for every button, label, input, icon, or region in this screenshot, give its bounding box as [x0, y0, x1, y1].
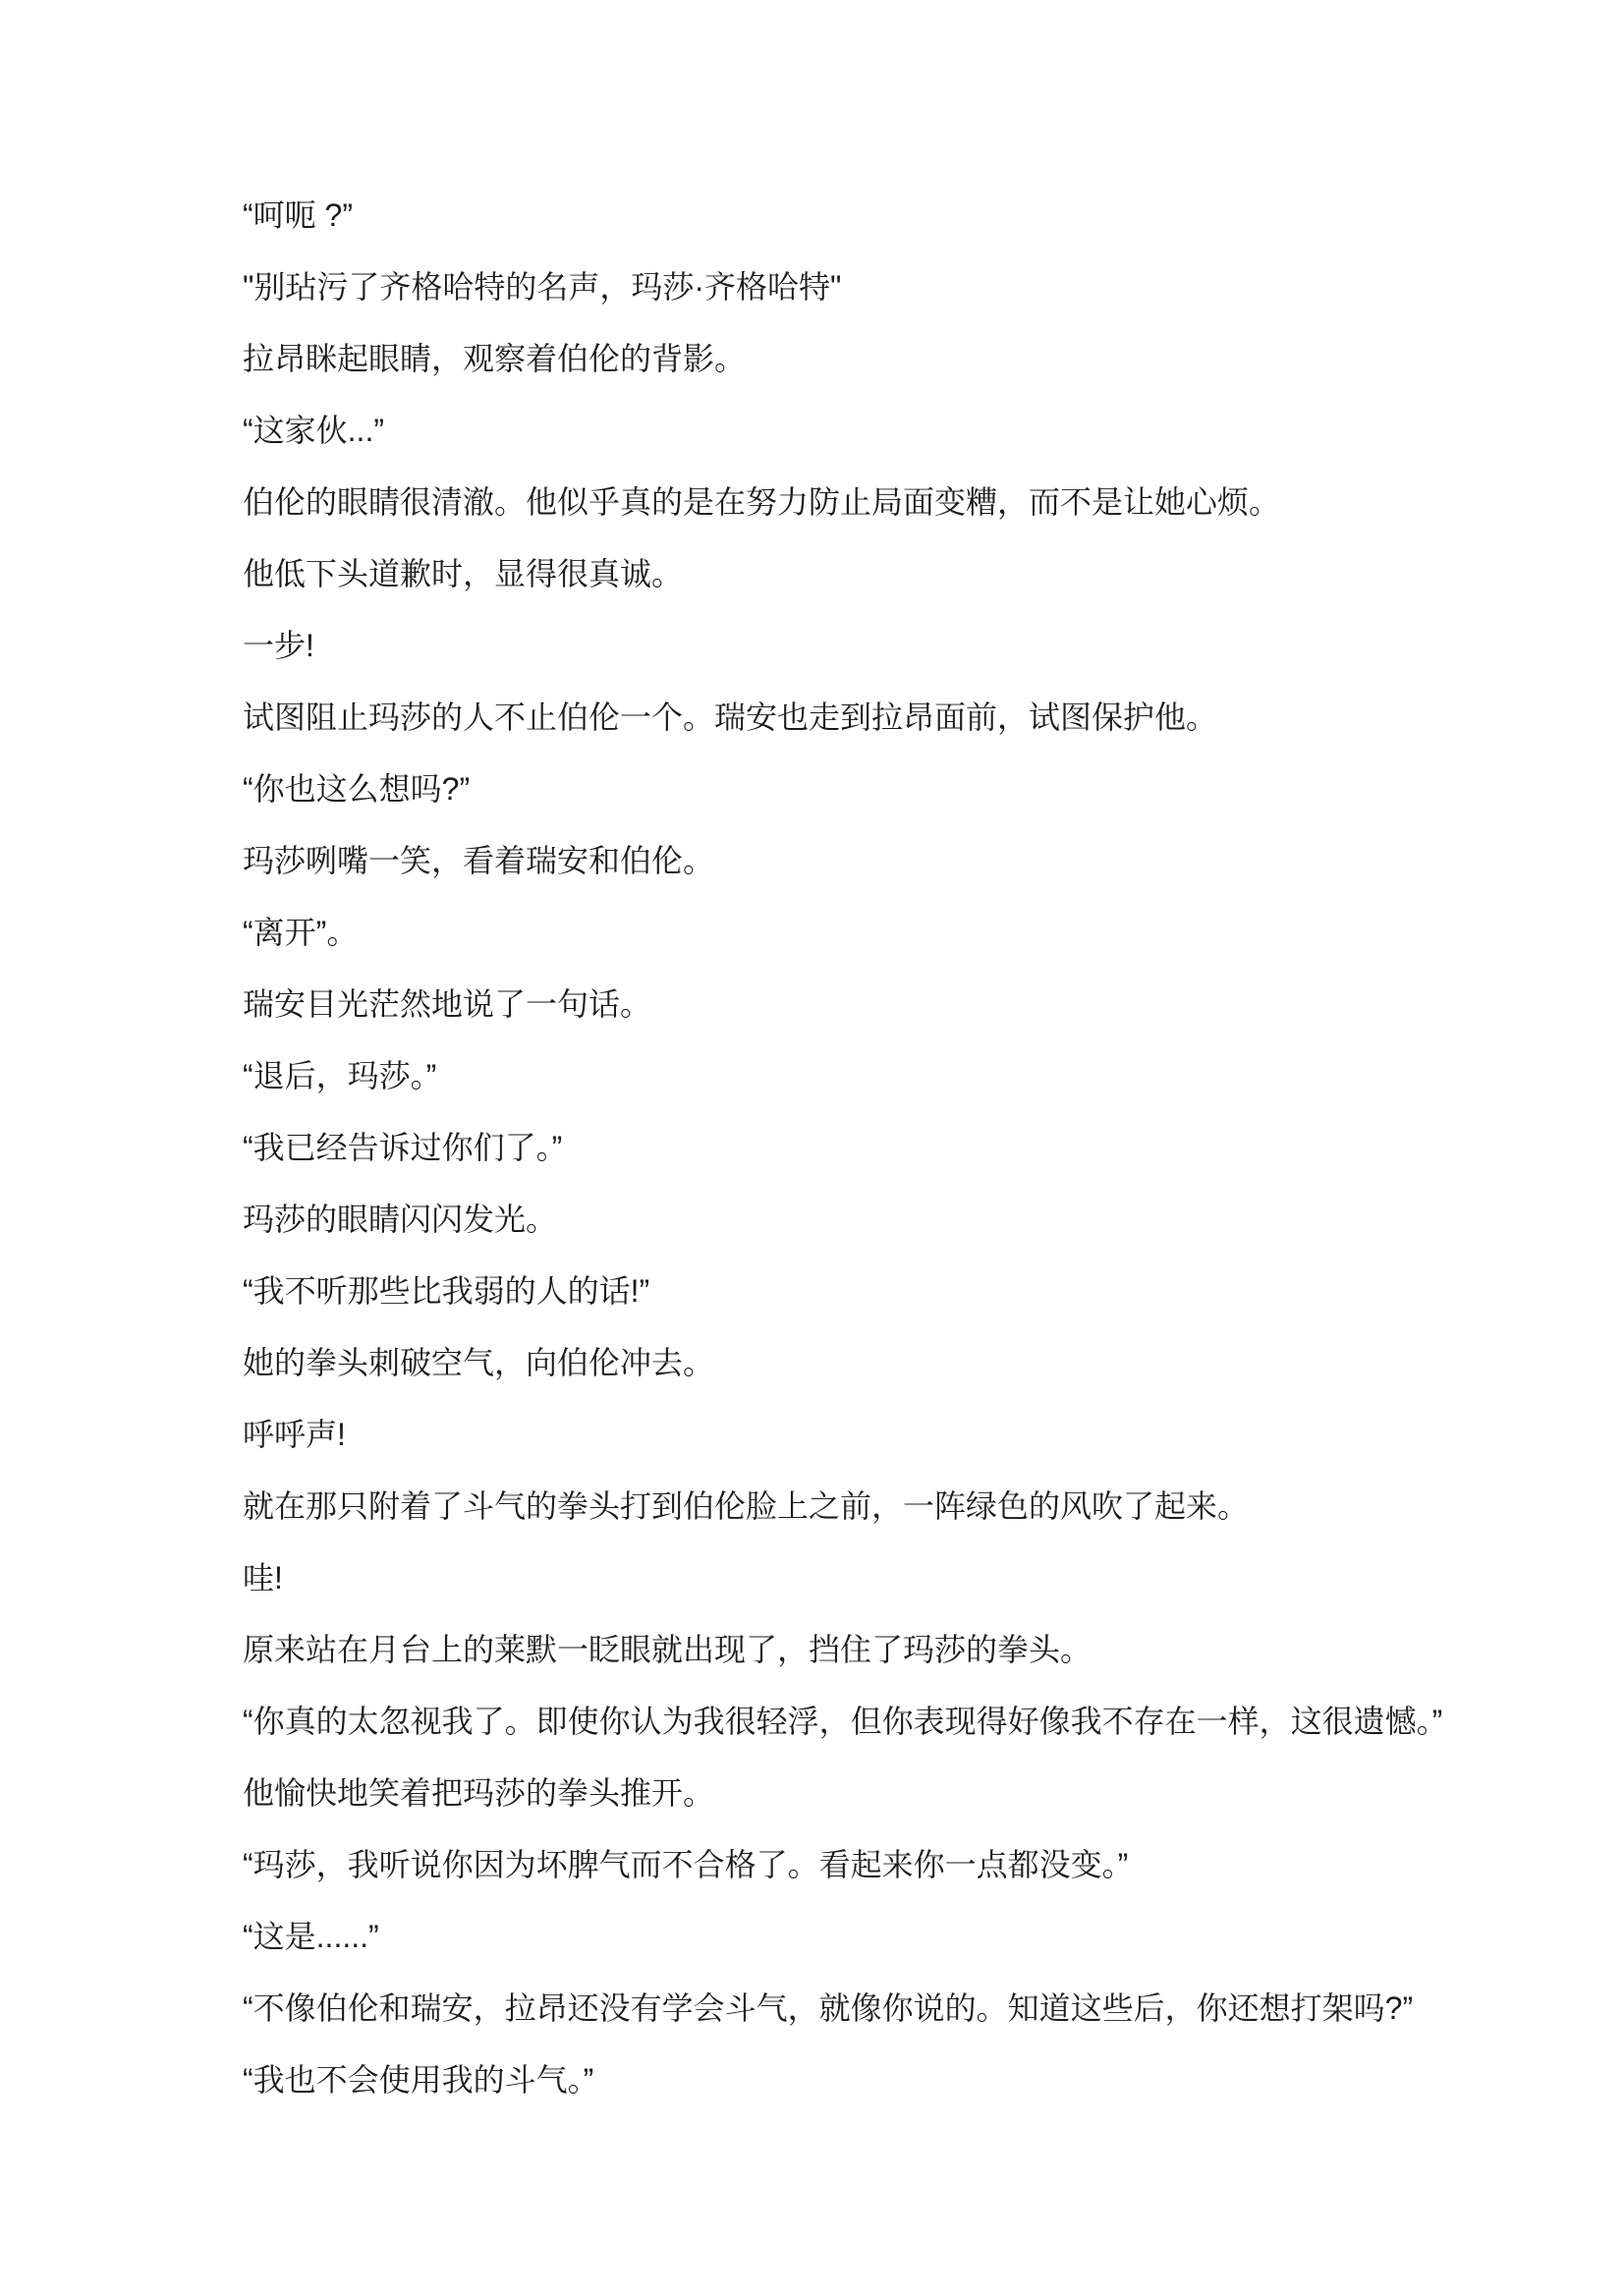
paragraph: “玛莎，我听说你因为坏脾气而不合格了。看起来你一点都没变。”: [243, 1845, 1506, 1884]
document-page: “呵呃 ?” "别玷污了齐格哈特的名声，玛莎·齐格哈特" 拉昂眯起眼睛，观察着伯…: [0, 0, 1624, 2296]
paragraph: 瑞安目光茫然地说了一句话。: [243, 984, 1506, 1024]
paragraph: “我不听那些比我弱的人的话!”: [243, 1271, 1506, 1311]
paragraph: “离开”。: [243, 913, 1506, 952]
paragraph: “不像伯伦和瑞安，拉昂还没有学会斗气，就像你说的。知道这些后，你还想打架吗?”: [243, 1988, 1506, 2028]
paragraph: “呵呃 ?”: [243, 196, 1506, 235]
paragraph: 拉昂眯起眼睛，观察着伯伦的背影。: [243, 339, 1506, 378]
paragraph: “这是......”: [243, 1917, 1506, 1956]
paragraph: “你也这么想吗?”: [243, 769, 1506, 809]
paragraph: 她的拳头刺破空气，向伯伦冲去。: [243, 1343, 1506, 1382]
paragraph: 就在那只附着了斗气的拳头打到伯伦脸上之前，一阵绿色的风吹了起来。: [243, 1486, 1506, 1526]
paragraph: 原来站在月台上的莱默一眨眼就出现了，挡住了玛莎的拳头。: [243, 1630, 1506, 1669]
paragraph: 伯伦的眼睛很清澈。他似乎真的是在努力防止局面变糟，而不是让她心烦。: [243, 482, 1506, 522]
paragraph: “你真的太忽视我了。即使你认为我很轻浮，但你表现得好像我不存在一样，这很遗憾。”: [243, 1702, 1506, 1741]
paragraph: 试图阻止玛莎的人不止伯伦一个。瑞安也走到拉昂面前，试图保护他。: [243, 698, 1506, 737]
paragraph: 一步!: [243, 626, 1506, 665]
paragraph: “退后，玛莎。”: [243, 1056, 1506, 1095]
paragraph: “我也不会使用我的斗气。”: [243, 2060, 1506, 2100]
paragraph-list: “呵呃 ?” "别玷污了齐格哈特的名声，玛莎·齐格哈特" 拉昂眯起眼睛，观察着伯…: [243, 196, 1506, 2132]
paragraph: “我已经告诉过你们了。”: [243, 1128, 1506, 1167]
paragraph: 他低下头道歉时，显得很真诚。: [243, 554, 1506, 593]
paragraph: 呼呼声!: [243, 1415, 1506, 1454]
paragraph: "别玷污了齐格哈特的名声，玛莎·齐格哈特": [243, 267, 1506, 307]
paragraph: “这家伙...”: [243, 411, 1506, 450]
paragraph: 玛莎的眼睛闪闪发光。: [243, 1200, 1506, 1239]
paragraph: 玛莎咧嘴一笑，看着瑞安和伯伦。: [243, 841, 1506, 880]
paragraph: 哇!: [243, 1558, 1506, 1597]
paragraph: 他愉快地笑着把玛莎的拳头推开。: [243, 1773, 1506, 1813]
